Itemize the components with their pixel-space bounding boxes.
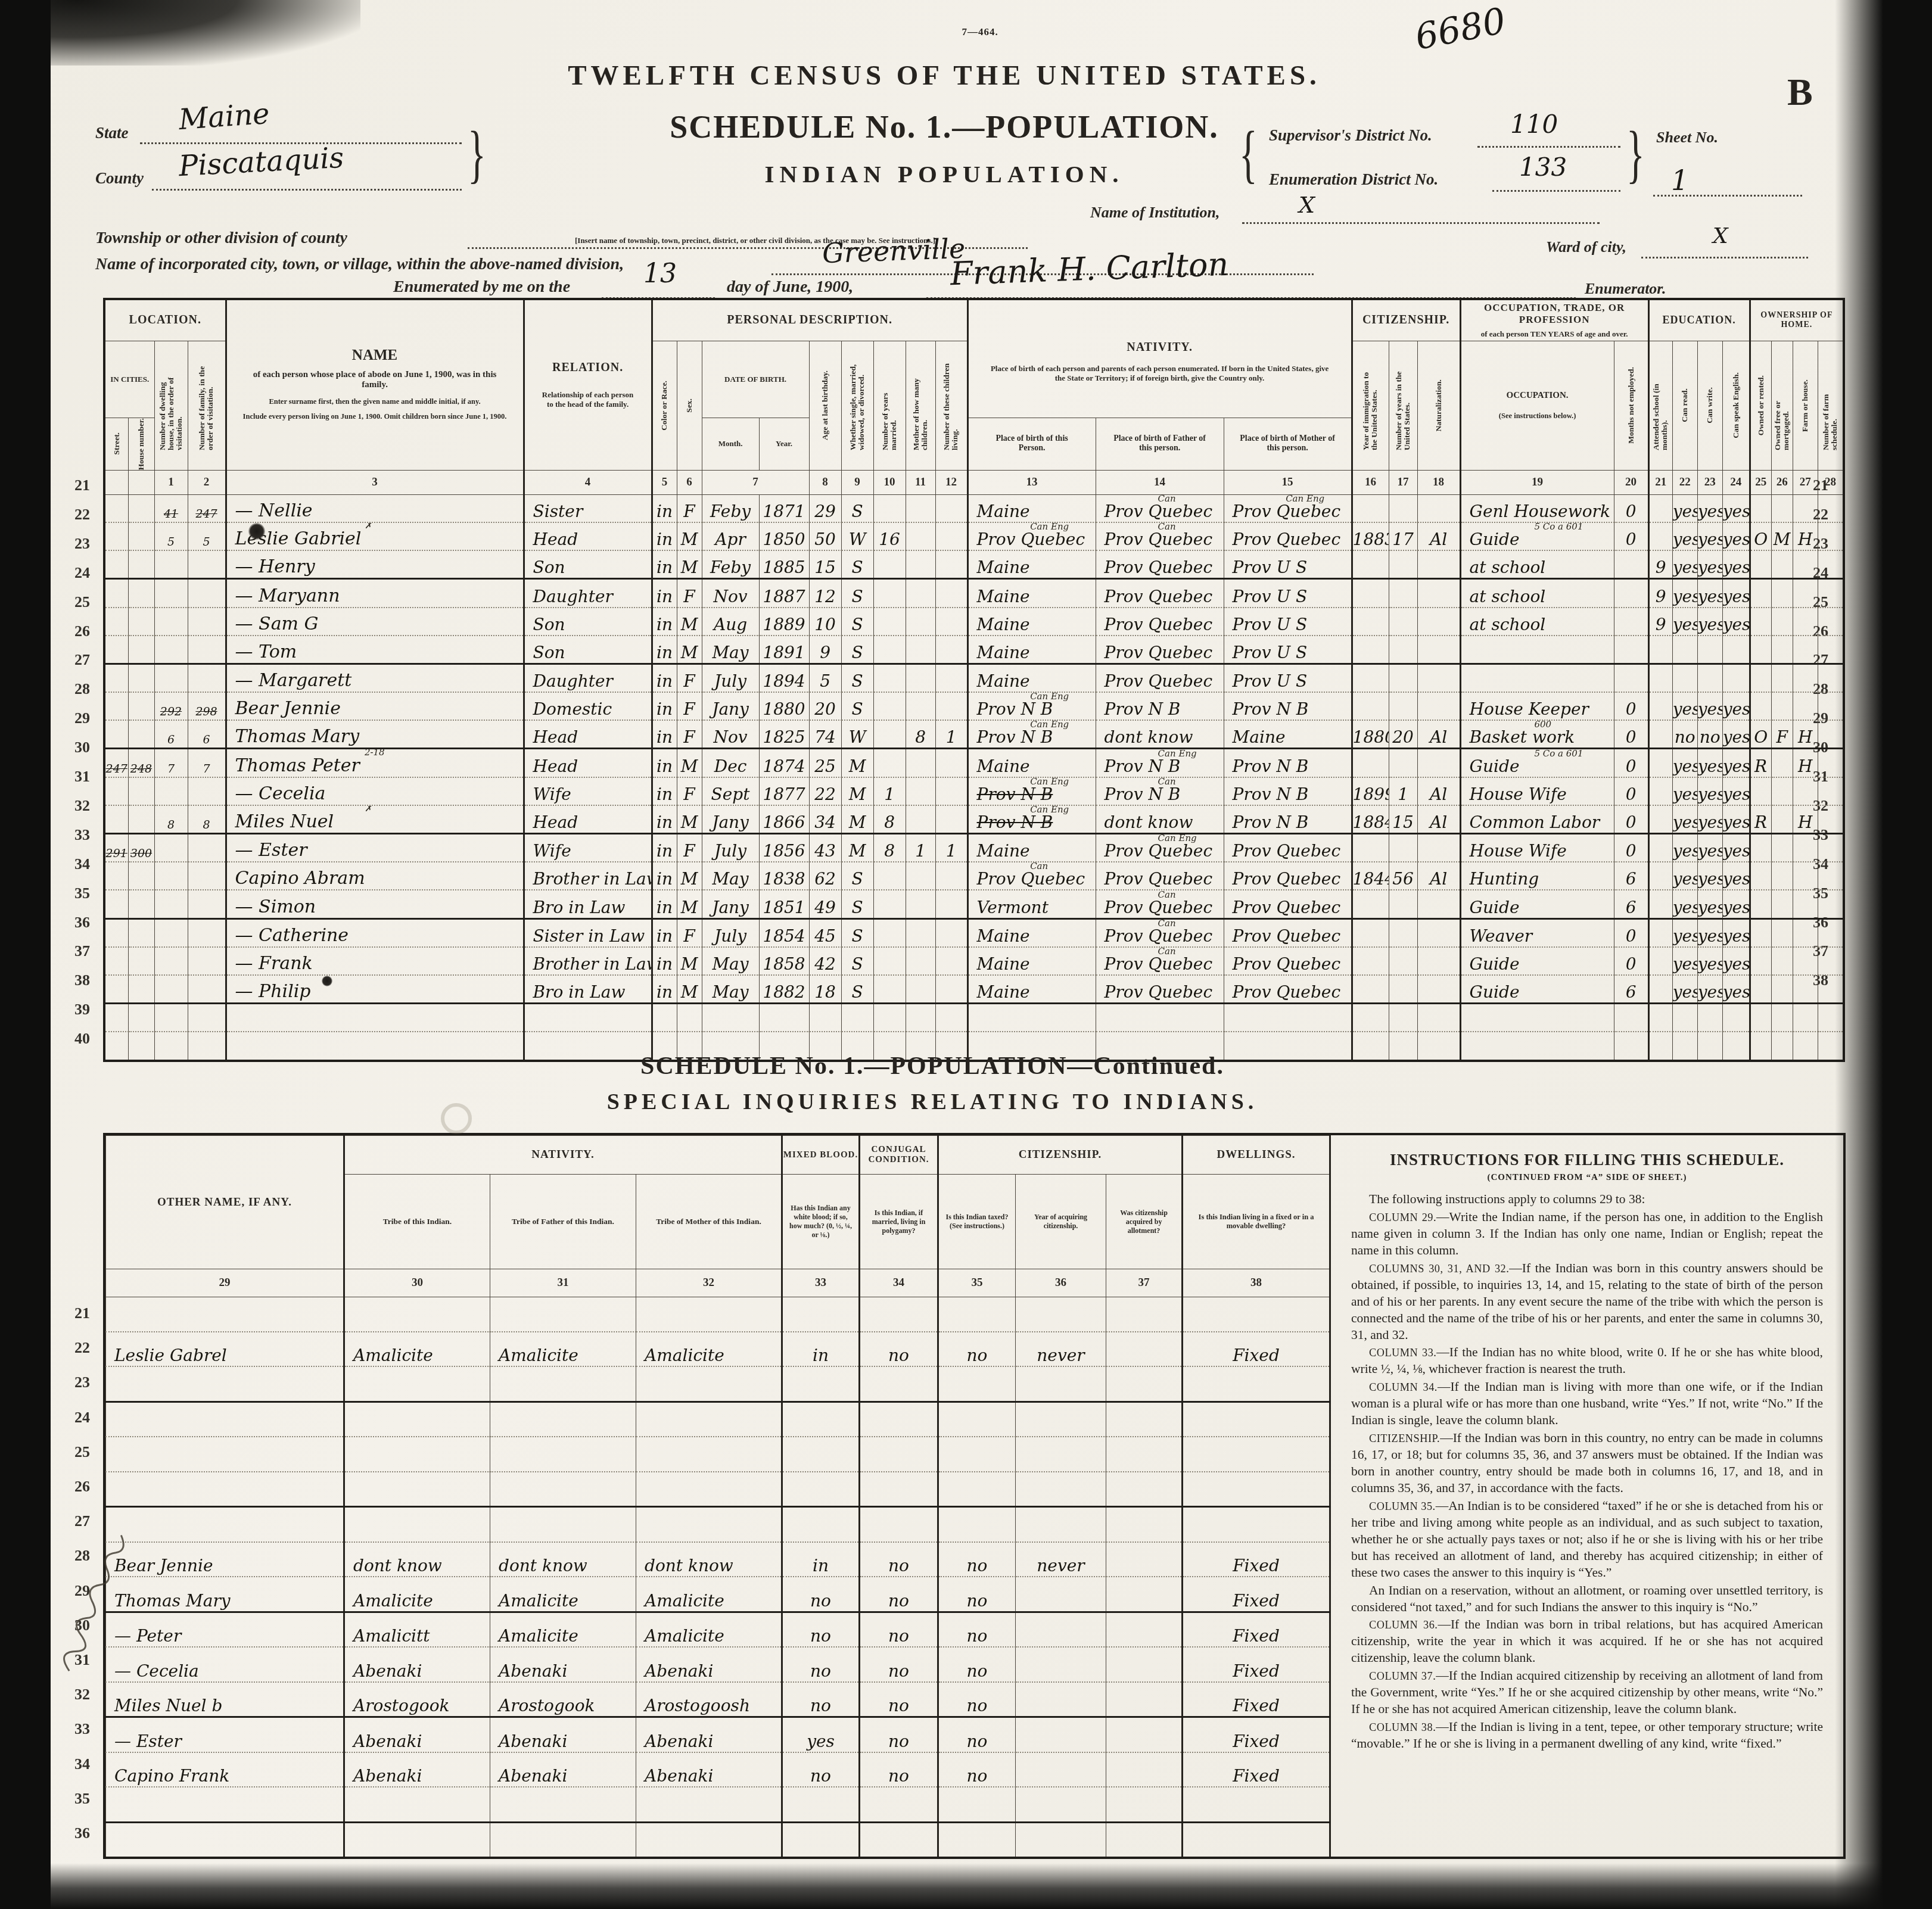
person-row-28: 292298Bear JennieDomesticinFJany188020SP… <box>104 692 1844 720</box>
relation-title: RELATION. <box>525 361 651 375</box>
cell-fh-22: H <box>1793 522 1818 550</box>
cell-of-27 <box>1771 664 1793 692</box>
cell-or-28 <box>1750 692 1771 720</box>
cell-ms-37: S <box>841 947 873 975</box>
line-number-27: 27 <box>74 1512 90 1530</box>
cell-c-23: in <box>652 550 677 579</box>
cell-name-22: Leslie Gabriel✗ <box>226 522 524 550</box>
cell-mo-37 <box>906 947 935 975</box>
indian-inquiry-row-27 <box>106 1507 1330 1542</box>
state-value: Maine <box>178 97 270 136</box>
cell-pf-37: Prov QuebecCan <box>1096 947 1224 975</box>
cell-d-37 <box>154 947 188 975</box>
cell-yc-28: never <box>1016 1542 1106 1577</box>
cell-street-37 <box>104 947 128 975</box>
cell-house-32 <box>128 805 154 834</box>
instruction-paragraph-9: Column 38.—If the Indian is living in a … <box>1351 1719 1823 1752</box>
enumerated-day: 13 <box>643 259 677 289</box>
cell-bl-35 <box>782 1787 860 1822</box>
line-number-29: 29 <box>74 709 90 727</box>
cell-dw-32: Fixed <box>1183 1682 1330 1717</box>
cell-wr-35: yes <box>1697 890 1722 918</box>
cell-rd-34: yes <box>1672 862 1697 890</box>
cell-pf-21: Prov QuebecCan <box>1096 494 1224 522</box>
cell-c-36: in <box>652 918 677 947</box>
cell-fh-25 <box>1793 608 1818 636</box>
cell-d-22: 5 <box>154 522 188 550</box>
cell-of-32 <box>1771 805 1793 834</box>
cell-yc-32 <box>1016 1682 1106 1717</box>
enumerated-prefix: Enumerated by me on the <box>393 278 570 297</box>
tribe-mother-header: Tribe of Mother of this Indian. <box>636 1175 782 1269</box>
cell-pf-35: Prov QuebecCan <box>1096 890 1224 918</box>
cell-nz-25 <box>1417 608 1460 636</box>
sheet-label: Sheet No. <box>1656 129 1718 147</box>
cell-pf-34: Prov Quebec <box>1096 862 1224 890</box>
cell-name-33: — Ester <box>106 1717 344 1752</box>
cell-dw-34: Fixed <box>1183 1752 1330 1787</box>
cell-name-35: — Simon <box>226 890 524 918</box>
cell-tx-22: no <box>938 1332 1016 1367</box>
cell-wr-24: yes <box>1697 579 1722 608</box>
cell-tx-28: no <box>938 1542 1016 1577</box>
cell-or-26 <box>1750 636 1771 664</box>
cell-lv-35 <box>935 890 967 918</box>
ink-blot-small <box>322 976 332 986</box>
cell-y-28: 1880 <box>759 692 809 720</box>
cell-yu-34: 56 <box>1389 862 1417 890</box>
cell-t-33: Abenaki <box>344 1717 490 1752</box>
cell-pb-39 <box>967 1004 1096 1032</box>
cell-en-26 <box>1722 636 1750 664</box>
col-years-married: Number of years married. <box>873 341 906 470</box>
cell-lv-28 <box>935 692 967 720</box>
cell-sc-32 <box>1648 805 1672 834</box>
cell-iy-26 <box>1352 636 1389 664</box>
cell-tf-23 <box>490 1366 636 1402</box>
cell-tx-24 <box>938 1402 1016 1437</box>
nativity-sub: Place of birth of each person and parent… <box>969 363 1351 383</box>
cell-rd-36: yes <box>1672 918 1697 947</box>
cell-or-32: R <box>1750 805 1771 834</box>
cell-pm-29: Maine <box>1224 720 1352 749</box>
cell-house-30: 248 <box>128 749 154 777</box>
cell-dw-27 <box>1183 1507 1330 1542</box>
cell-al-34 <box>1106 1752 1183 1787</box>
ward-value: X <box>1713 224 1728 248</box>
cell-en-25: yes <box>1722 608 1750 636</box>
cell-pg-22: no <box>860 1332 938 1367</box>
col-sex: Sex. <box>677 341 702 470</box>
cell-pm-32: Prov N B <box>1224 805 1352 834</box>
cell-s-24: F <box>677 579 702 608</box>
cell-a-29: 74 <box>809 720 841 749</box>
cell-en-30: yes <box>1722 749 1750 777</box>
cell-nz-33 <box>1417 834 1460 862</box>
cell-f-38 <box>188 975 226 1004</box>
scan-edge-bottom <box>51 1863 1883 1909</box>
cell-pg-33: no <box>860 1717 938 1752</box>
cell-wr-22: yes <box>1697 522 1722 550</box>
cell-pf-30: Prov N BCan Eng <box>1096 749 1224 777</box>
cell-t-35 <box>344 1787 490 1822</box>
cell-rel-26: Son <box>524 636 652 664</box>
institution-value: X <box>1299 192 1315 218</box>
cell-ym-33: 8 <box>873 834 906 862</box>
cell-wr-21: yes <box>1697 494 1722 522</box>
col-month: Month. <box>702 418 759 470</box>
ink-blot <box>248 523 265 540</box>
cell-y-37: 1858 <box>759 947 809 975</box>
form-number: 7—464. <box>891 26 1069 38</box>
cell-m-35: Jany <box>702 890 759 918</box>
cell-or-33 <box>1750 834 1771 862</box>
cell-fh-33 <box>1793 834 1818 862</box>
cell-yu-31: 1 <box>1389 777 1417 805</box>
cell-rel-27: Daughter <box>524 664 652 692</box>
cell-sc-26 <box>1648 636 1672 664</box>
cell-rel-21: Sister <box>524 494 652 522</box>
cell-pf-28: Prov N B <box>1096 692 1224 720</box>
cell-nz-37 <box>1417 947 1460 975</box>
cell-pf-33: Prov QuebecCan Eng <box>1096 834 1224 862</box>
cell-rel-33: Wife <box>524 834 652 862</box>
cell-sc-31 <box>1648 777 1672 805</box>
cell-c-26: in <box>652 636 677 664</box>
cell-s-30: M <box>677 749 702 777</box>
cell-tm-25 <box>636 1437 782 1472</box>
cell-lv-27 <box>935 664 967 692</box>
cell-name-32: Miles Nuel✗ <box>226 805 524 834</box>
cell-fh-27 <box>1793 664 1818 692</box>
cell-yc-27 <box>1016 1507 1106 1542</box>
cell-s-35: M <box>677 890 702 918</box>
cell-pg-29: no <box>860 1577 938 1612</box>
cell-lv-31 <box>935 777 967 805</box>
cell-al-23 <box>1106 1366 1183 1402</box>
cell-rel-32: Head <box>524 805 652 834</box>
cell-m-29: Nov <box>702 720 759 749</box>
cell-fh-28 <box>1793 692 1818 720</box>
conjugal-question: Is this Indian, if married, living in po… <box>860 1175 938 1269</box>
person-row-24: — MaryannDaughterinFNov188712SMaineProv … <box>104 579 1844 608</box>
cell-street-21 <box>104 494 128 522</box>
cell-ms-38: S <box>841 975 873 1004</box>
cell-d-34 <box>154 862 188 890</box>
cell-en-23: yes <box>1722 550 1750 579</box>
cell-d-27 <box>154 664 188 692</box>
occupation-sub: of each person TEN YEARS of age and over… <box>1461 329 1648 339</box>
nativity-title: NATIVITY. <box>969 341 1351 354</box>
line-number-32: 32 <box>74 797 90 815</box>
cell-s-29: F <box>677 720 702 749</box>
person-row-26: — TomSoninMMay18919SMaineProv QuebecProv… <box>104 636 1844 664</box>
sheet-rule <box>1653 194 1802 197</box>
cell-iy-39 <box>1352 1004 1389 1032</box>
person-row-30: 24724877Thomas Peter2-18HeadinMDec187425… <box>104 749 1844 777</box>
cell-ms-39 <box>841 1004 873 1032</box>
cell-c-31: in <box>652 777 677 805</box>
cell-s-32: M <box>677 805 702 834</box>
cell-ms-26: S <box>841 636 873 664</box>
cell-y-26: 1891 <box>759 636 809 664</box>
cell-dw-29: Fixed <box>1183 1577 1330 1612</box>
state-label: State <box>95 124 129 142</box>
cell-mu-33: 0 <box>1614 834 1648 862</box>
col-farm: Farm or house. <box>1793 341 1818 470</box>
line-number-34: 34 <box>74 1755 90 1773</box>
cell-y-29: 1825 <box>759 720 809 749</box>
cell-rel-39 <box>524 1004 652 1032</box>
cell-m-27: July <box>702 664 759 692</box>
cell-yu-28 <box>1389 692 1417 720</box>
dwelling-question: Is this Indian living in a fixed or in a… <box>1183 1175 1330 1269</box>
cell-house-21 <box>128 494 154 522</box>
cell-al-36 <box>1106 1822 1183 1857</box>
instruction-paragraph-4: Citizenship.—If the Indian was born in t… <box>1351 1430 1823 1497</box>
cell-pm-21: Prov QuebecCan Eng <box>1224 494 1352 522</box>
cell-lv-23 <box>935 550 967 579</box>
col-english: Can speak English. <box>1722 341 1750 470</box>
cell-fh-32: H <box>1793 805 1818 834</box>
cell-oc-23: at school <box>1460 550 1614 579</box>
cell-a-36: 45 <box>809 918 841 947</box>
cell-of-22: M <box>1771 522 1793 550</box>
cell-pg-28: no <box>860 1542 938 1577</box>
cell-nz-35 <box>1417 890 1460 918</box>
cell-pb-30: Maine <box>967 749 1096 777</box>
cell-lv-29: 1 <box>935 720 967 749</box>
enumerator-label: Enumerator. <box>1585 280 1666 298</box>
cell-oc-26 <box>1460 636 1614 664</box>
cell-fh-37 <box>1793 947 1818 975</box>
line-number-22: 22 <box>74 1339 90 1357</box>
cell-rd-25: yes <box>1672 608 1697 636</box>
indian-inquiry-row-28: Bear Jenniedont knowdont knowdont knowin… <box>106 1542 1330 1577</box>
institution-label: Name of Institution, <box>1090 204 1219 222</box>
line-number-21: 21 <box>74 477 90 494</box>
cell-lv-36 <box>935 918 967 947</box>
cell-or-21 <box>1750 494 1771 522</box>
cell-wr-23: yes <box>1697 550 1722 579</box>
cell-yu-38 <box>1389 975 1417 1004</box>
cell-yu-39 <box>1389 1004 1417 1032</box>
cell-yu-37 <box>1389 947 1417 975</box>
mixed-blood-header: MIXED BLOOD. <box>782 1136 860 1175</box>
cell-rd-28: yes <box>1672 692 1697 720</box>
cell-nz-36 <box>1417 918 1460 947</box>
cell-m-39 <box>702 1004 759 1032</box>
cell-s-26: M <box>677 636 702 664</box>
cell-ym-35 <box>873 890 906 918</box>
cell-d-26 <box>154 636 188 664</box>
cell-mo-34 <box>906 862 935 890</box>
cell-c-25: in <box>652 608 677 636</box>
cell-iy-34: 1844 <box>1352 862 1389 890</box>
cell-oc-34: Hunting <box>1460 862 1614 890</box>
cell-c-24: in <box>652 579 677 608</box>
cell-al-29 <box>1106 1577 1183 1612</box>
cell-of-36 <box>1771 918 1793 947</box>
cell-house-39 <box>128 1004 154 1032</box>
cell-lv-34 <box>935 862 967 890</box>
cell-name-32: Miles Nuel b <box>106 1682 344 1717</box>
cell-al-27 <box>1106 1507 1183 1542</box>
cell-t-28: dont know <box>344 1542 490 1577</box>
cell-d-31 <box>154 777 188 805</box>
cell-al-33 <box>1106 1717 1183 1752</box>
cell-en-31: yes <box>1722 777 1750 805</box>
cell-dw-24 <box>1183 1402 1330 1437</box>
cell-pm-37: Prov Quebec <box>1224 947 1352 975</box>
cell-of-34 <box>1771 862 1793 890</box>
cell-of-31 <box>1771 777 1793 805</box>
cell-mo-25 <box>906 608 935 636</box>
person-row-39 <box>104 1004 1844 1032</box>
cell-mu-34: 6 <box>1614 862 1648 890</box>
cell-iy-28 <box>1352 692 1389 720</box>
cell-mu-32: 0 <box>1614 805 1648 834</box>
cell-tf-31: Abenaki <box>490 1647 636 1682</box>
cell-or-31 <box>1750 777 1771 805</box>
cell-lv-37 <box>935 947 967 975</box>
cell-pf-27: Prov Quebec <box>1096 664 1224 692</box>
col-mother-of: Mother of how many children. <box>906 341 935 470</box>
line-number-30: 30 <box>74 739 90 756</box>
cell-house-36 <box>128 918 154 947</box>
cell-street-30: 247 <box>104 749 128 777</box>
instructions-subtitle: (CONTINUED FROM “A” SIDE OF SHEET.) <box>1351 1173 1823 1183</box>
cell-pm-35: Prov Quebec <box>1224 890 1352 918</box>
cell-tx-31: no <box>938 1647 1016 1682</box>
cell-al-22 <box>1106 1332 1183 1367</box>
cell-mo-21 <box>906 494 935 522</box>
cell-oc-27 <box>1460 664 1614 692</box>
cell-s-39 <box>677 1004 702 1032</box>
cell-rd-37: yes <box>1672 947 1697 975</box>
cell-oc-38: Guide <box>1460 975 1614 1004</box>
indian-inquiry-row-31: — CeceliaAbenakiAbenakiAbenakinononoFixe… <box>106 1647 1330 1682</box>
cell-en-36: yes <box>1722 918 1750 947</box>
relation-section-header: RELATION. Relationship of each person to… <box>524 299 652 470</box>
cell-pb-28: Prov N BCan Eng <box>967 692 1096 720</box>
cell-pb-34: Prov QuebecCan <box>967 862 1096 890</box>
cell-rd-27 <box>1672 664 1697 692</box>
cell-pg-23 <box>860 1366 938 1402</box>
cell-of-30 <box>1771 749 1793 777</box>
person-row-25: — Sam GSoninMAug188910SMaineProv QuebecP… <box>104 608 1844 636</box>
col-owned: Owned or rented. <box>1750 341 1771 470</box>
cell-pb-37: Maine <box>967 947 1096 975</box>
enumeration-label: Enumeration District No. <box>1269 170 1438 189</box>
cell-rel-24: Daughter <box>524 579 652 608</box>
col-marital: Whether single, married, widowed, or div… <box>841 341 873 470</box>
line-number-35: 35 <box>74 1790 90 1808</box>
cell-tm-28: dont know <box>636 1542 782 1577</box>
cell-yu-25 <box>1389 608 1417 636</box>
cell-street-32 <box>104 805 128 834</box>
cell-pf-31: Prov N BCan <box>1096 777 1224 805</box>
cell-rd-38: yes <box>1672 975 1697 1004</box>
cell-t-34: Abenaki <box>344 1752 490 1787</box>
cell-pm-23: Prov U S <box>1224 550 1352 579</box>
col-pob-father: Place of birth of Father of this person. <box>1096 418 1224 470</box>
cell-name-29: Thomas Mary <box>226 720 524 749</box>
cell-ym-23 <box>873 550 906 579</box>
cell-y-34: 1838 <box>759 862 809 890</box>
cell-sc-25: 9 <box>1648 608 1672 636</box>
cell-pm-28: Prov N B <box>1224 692 1352 720</box>
indian-inquiry-row-34: Capino FrankAbenakiAbenakiAbenakinononoF… <box>106 1752 1330 1787</box>
line-number-33: 33 <box>74 1720 90 1738</box>
cell-t-22: Amalicite <box>344 1332 490 1367</box>
cell-c-33: in <box>652 834 677 862</box>
cell-m-21: Feby <box>702 494 759 522</box>
cell-iy-23 <box>1352 550 1389 579</box>
cell-name-26 <box>106 1472 344 1507</box>
cell-m-34: May <box>702 862 759 890</box>
cell-name-36: — Catherine <box>226 918 524 947</box>
cell-yc-33 <box>1016 1717 1106 1752</box>
indian-inquiry-row-22: Leslie GabrelAmaliciteAmaliciteAmalicite… <box>106 1332 1330 1367</box>
cell-name-24 <box>106 1402 344 1437</box>
cell-rel-35: Bro in Law <box>524 890 652 918</box>
cell-a-38: 18 <box>809 975 841 1004</box>
cell-name-39 <box>226 1004 524 1032</box>
cell-tm-29: Amalicite <box>636 1577 782 1612</box>
cell-bl-21 <box>782 1297 860 1332</box>
cell-dw-36 <box>1183 1822 1330 1857</box>
cell-tf-25 <box>490 1437 636 1472</box>
cell-yc-21 <box>1016 1297 1106 1332</box>
indian-inquiry-row-32: Miles Nuel bArostogookArostogookArostogo… <box>106 1682 1330 1717</box>
cell-m-36: July <box>702 918 759 947</box>
line-number-39: 39 <box>74 1001 90 1019</box>
cell-mu-22: 0 <box>1614 522 1648 550</box>
cell-pm-39 <box>1224 1004 1352 1032</box>
person-row-34: Capino AbramBrother in LawinMMay183862SP… <box>104 862 1844 890</box>
cell-yc-30 <box>1016 1612 1106 1647</box>
col-occupation: OCCUPATION. (See instructions below.) <box>1460 341 1614 470</box>
cell-or-34 <box>1750 862 1771 890</box>
cell-f-23 <box>188 550 226 579</box>
cell-yc-23 <box>1016 1366 1106 1402</box>
cell-name-34: Capino Frank <box>106 1752 344 1787</box>
cell-rel-29: Head <box>524 720 652 749</box>
cell-bl-33: yes <box>782 1717 860 1752</box>
cell-en-21: yes <box>1722 494 1750 522</box>
cell-rd-24: yes <box>1672 579 1697 608</box>
cell-yu-33 <box>1389 834 1417 862</box>
line-number-23: 23 <box>74 1374 90 1391</box>
cell-t-27 <box>344 1507 490 1542</box>
cell-sc-34 <box>1648 862 1672 890</box>
cell-tf-32: Arostogook <box>490 1682 636 1717</box>
cell-oc-32: Common Labor <box>1460 805 1614 834</box>
cell-rd-32: yes <box>1672 805 1697 834</box>
col-pob: Place of birth of this Person. <box>967 418 1096 470</box>
cell-name-29: Thomas Mary <box>106 1577 344 1612</box>
cell-tm-36 <box>636 1822 782 1857</box>
col-read: Can read. <box>1672 341 1697 470</box>
cell-al-25 <box>1106 1437 1183 1472</box>
relation-sub: Relationship of each person to the head … <box>525 390 651 409</box>
blood-question: Has this Indian any white blood; if so, … <box>782 1175 860 1269</box>
cell-house-24 <box>128 579 154 608</box>
cell-dw-26 <box>1183 1472 1330 1507</box>
cell-bl-24 <box>782 1402 860 1437</box>
cell-pm-36: Prov Quebec <box>1224 918 1352 947</box>
